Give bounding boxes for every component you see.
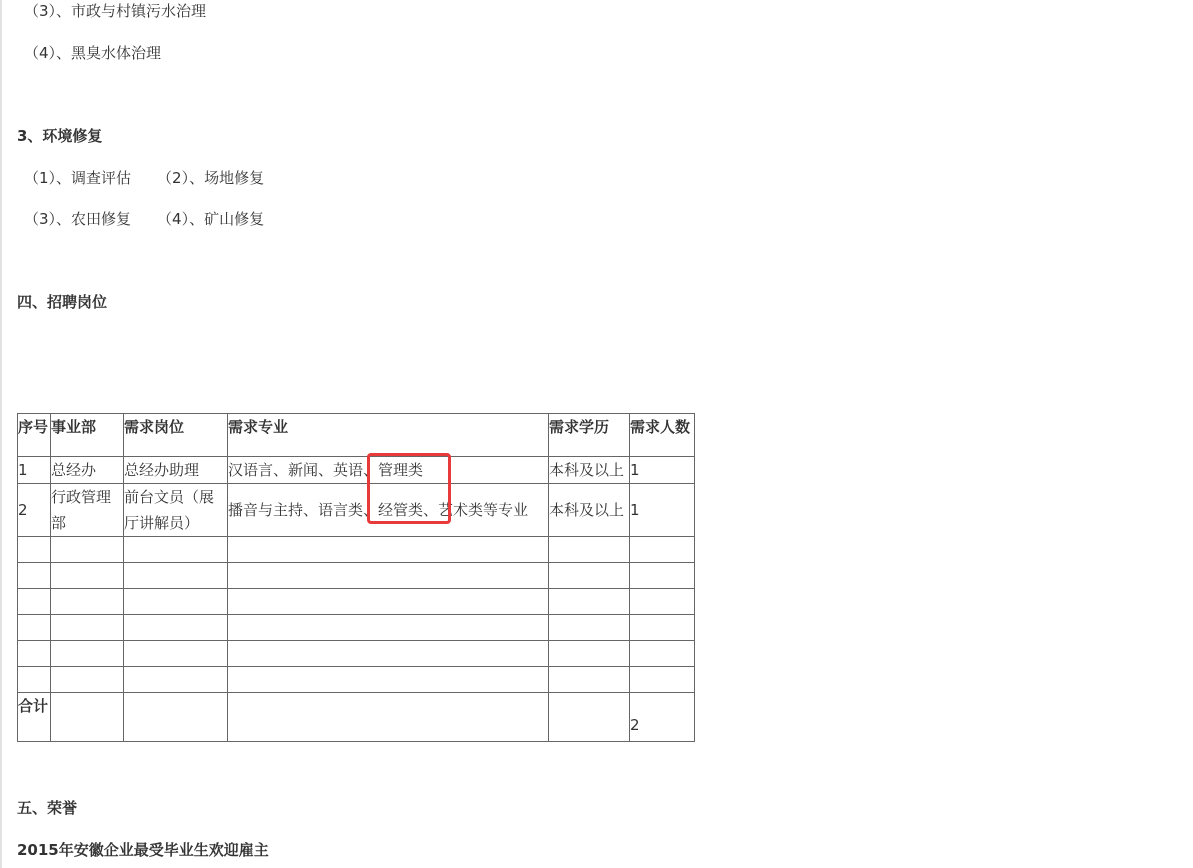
list-row: （1）、调查评估（2）、场地修复: [24, 168, 264, 188]
list-item: （4）、黑臭水体治理: [24, 43, 161, 63]
cell-index: 1: [18, 457, 51, 484]
honor-text: 2015年安徽企业最受毕业生欢迎雇主: [17, 840, 269, 860]
list-item: （4）、矿山修复: [157, 210, 264, 228]
list-item: （1）、调查评估: [24, 169, 131, 187]
list-item: （3）、农田修复: [24, 210, 131, 228]
section-heading-recruitment: 四、招聘岗位: [17, 292, 107, 312]
table-row-empty: [18, 615, 695, 641]
table-row: 1 总经办 总经办助理 汉语言、新闻、英语、管理类 本科及以上 1: [18, 457, 695, 484]
table-header-row: 序号 事业部 需求岗位 需求专业 需求学历 需求人数: [18, 414, 695, 457]
cell-headcount: 1: [630, 484, 695, 537]
header-position: 需求岗位: [124, 414, 228, 457]
header-education: 需求学历: [549, 414, 630, 457]
table-row-empty: [18, 563, 695, 589]
table-row-empty: [18, 641, 695, 667]
total-label: 合计: [18, 693, 51, 742]
table-row-empty: [18, 589, 695, 615]
header-index: 序号: [18, 414, 51, 457]
cell-headcount: 1: [630, 457, 695, 484]
table-row: 2 行政管理部 前台文员（展厅讲解员） 播音与主持、语言类、经管类、艺术类等专业…: [18, 484, 695, 537]
header-headcount: 需求人数: [630, 414, 695, 457]
section-heading-environment-restoration: 3、环境修复: [17, 126, 102, 146]
recruitment-table: 序号 事业部 需求岗位 需求专业 需求学历 需求人数 1 总经办 总经办助理 汉…: [17, 413, 695, 742]
list-item: （3）、市政与村镇污水治理: [24, 1, 206, 21]
cell-position: 总经办助理: [124, 457, 228, 484]
cell-position: 前台文员（展厅讲解员）: [124, 484, 228, 537]
list-item: （2）、场地修复: [157, 169, 264, 187]
cell-education: 本科及以上: [549, 484, 630, 537]
header-department: 事业部: [51, 414, 124, 457]
cell-education: 本科及以上: [549, 457, 630, 484]
table-row-empty: [18, 537, 695, 563]
list-row: （3）、农田修复（4）、矿山修复: [24, 209, 264, 229]
total-count: 2: [630, 693, 695, 742]
cell-index: 2: [18, 484, 51, 537]
page-left-border: [0, 0, 2, 868]
highlight-annotation-box: [367, 453, 451, 524]
table-row-empty: [18, 667, 695, 693]
cell-department: 行政管理部: [51, 484, 124, 537]
cell-department: 总经办: [51, 457, 124, 484]
section-heading-honors: 五、荣誉: [17, 798, 77, 818]
table-total-row: 合计 2: [18, 693, 695, 742]
header-major: 需求专业: [228, 414, 549, 457]
